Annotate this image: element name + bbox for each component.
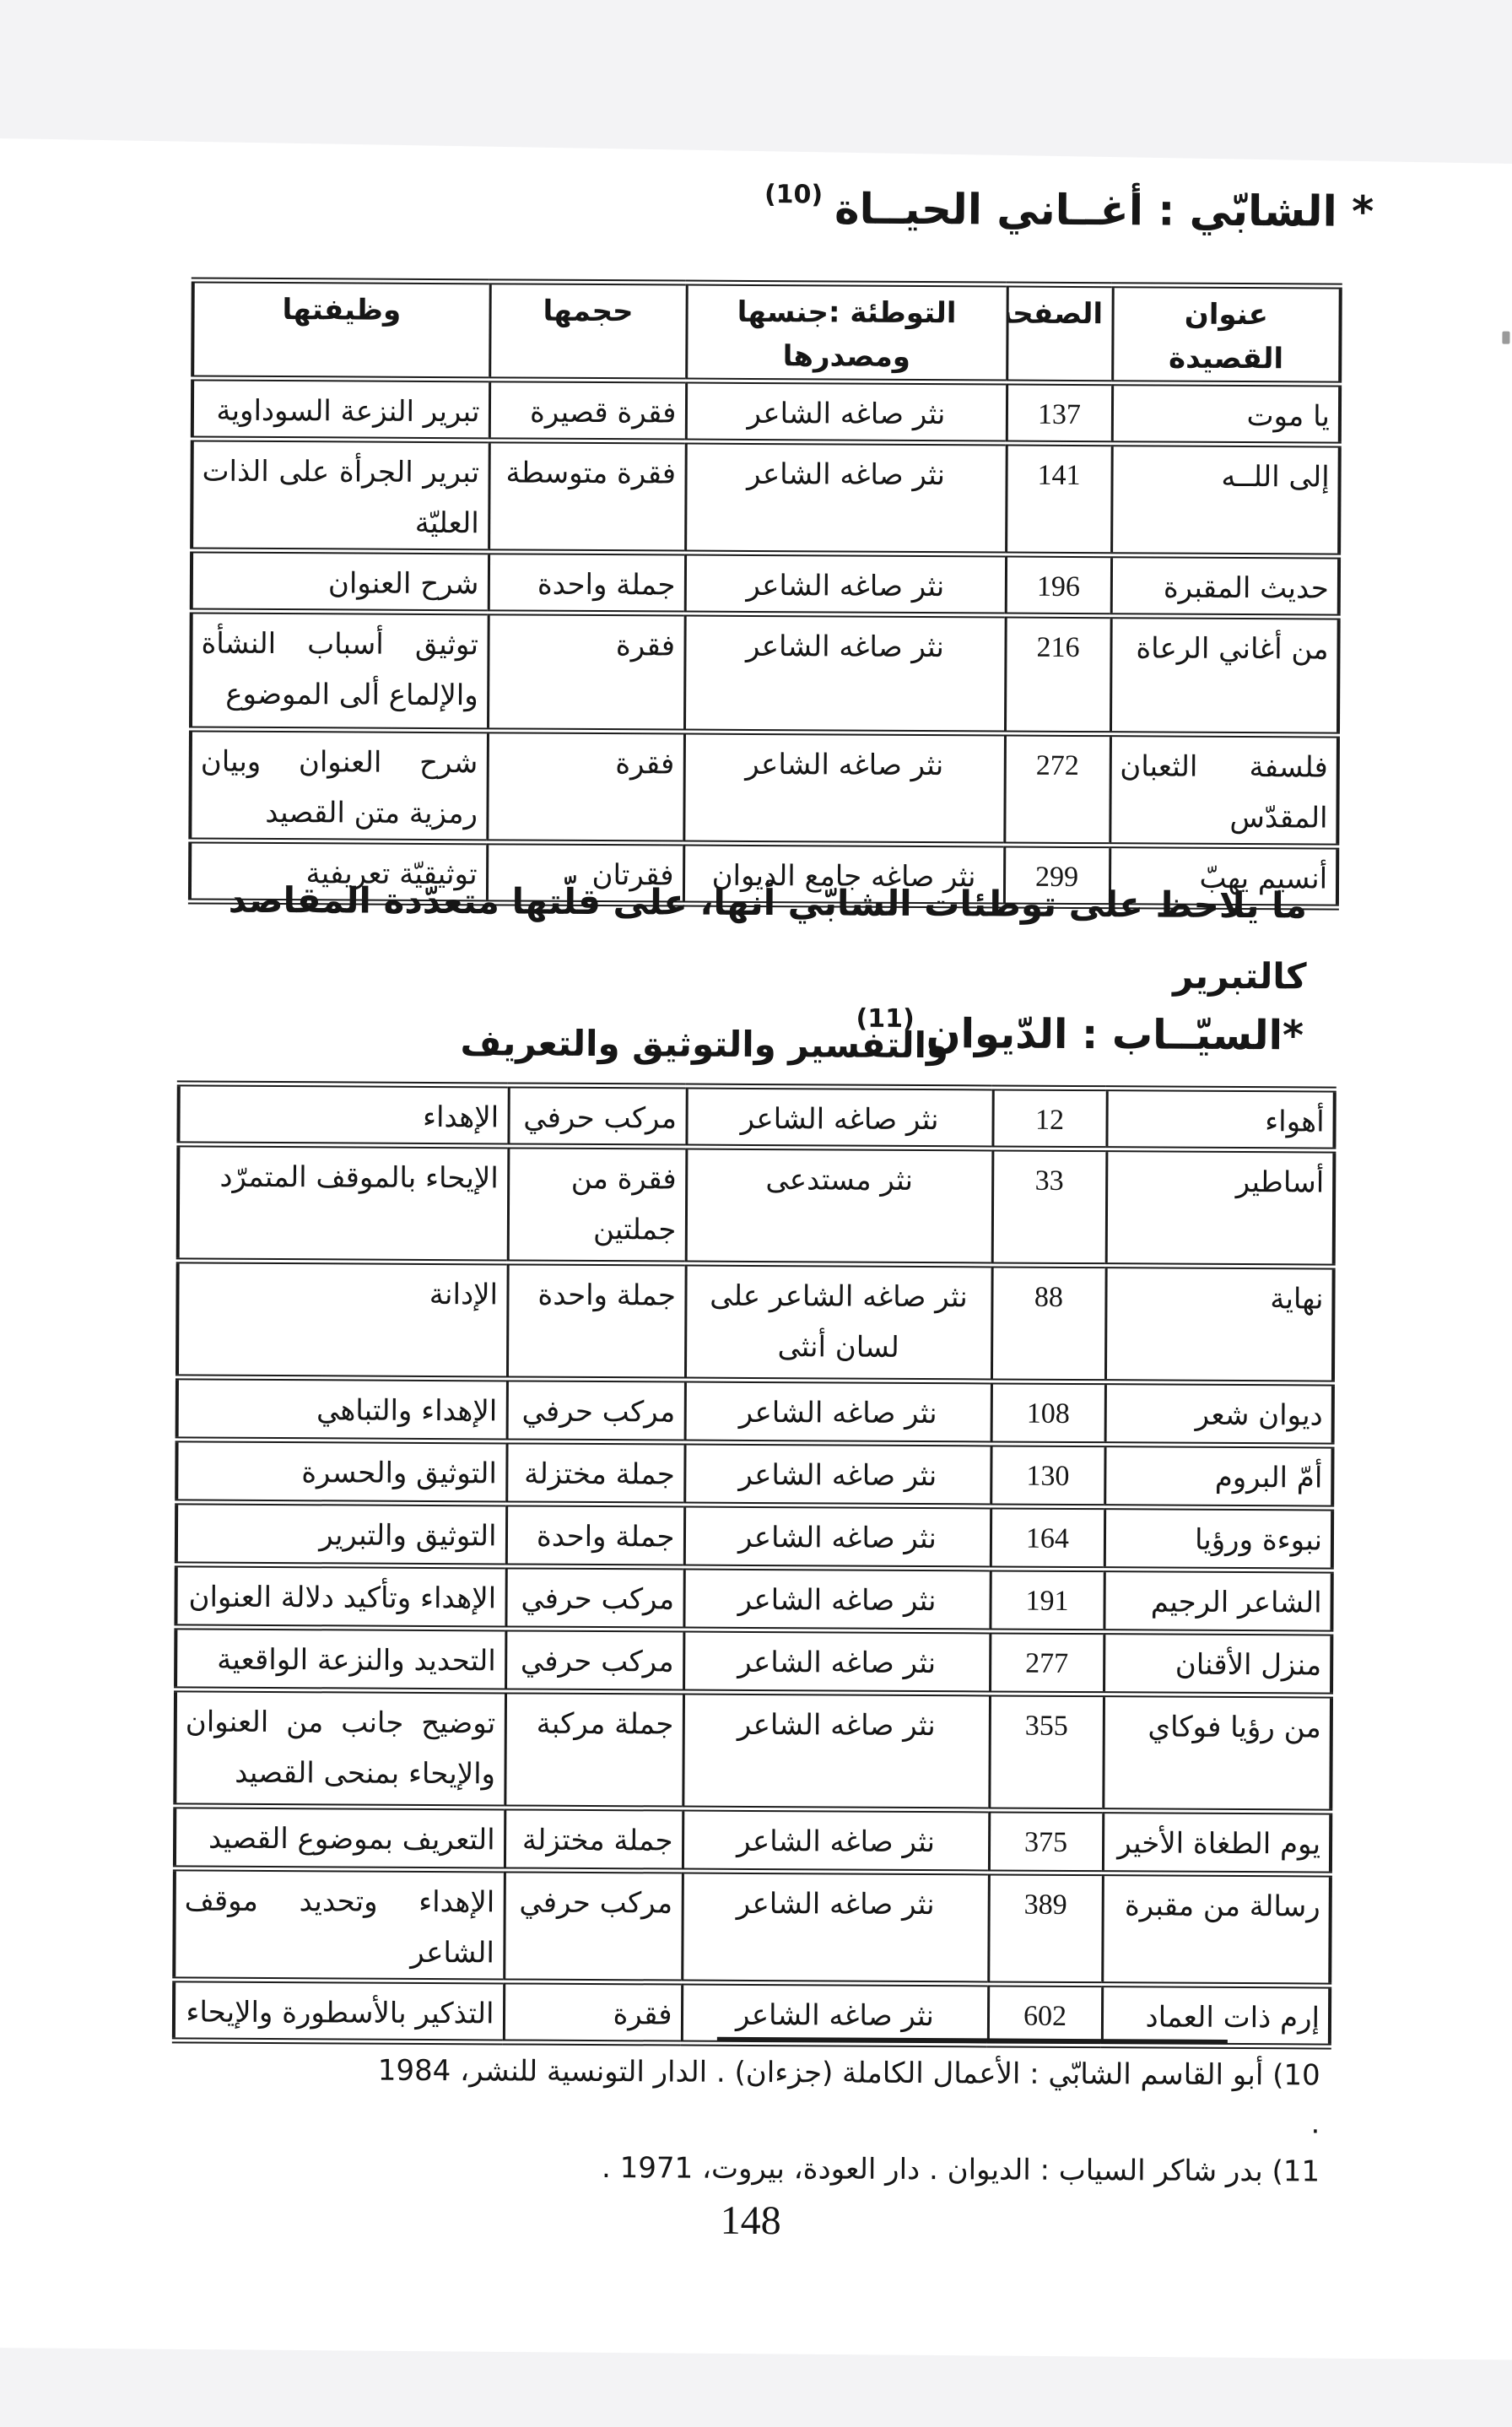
header-size: حجمها — [489, 282, 687, 381]
page-cell: 272 — [1004, 733, 1110, 846]
table-row: يوم الطغاة الأخير 375 نثر صاغه الشاعر جم… — [175, 1806, 1331, 1874]
page-cell: 33 — [992, 1149, 1107, 1266]
poem-title-cell: من رؤيا فوكاي — [1103, 1695, 1331, 1812]
size-cell: مركب حرفي — [504, 1870, 683, 1982]
intro-cell: نثر مستدعى — [686, 1147, 993, 1265]
size-cell: جملة مختزلة — [505, 1808, 683, 1871]
function-cell: الإهداء والتباهي — [177, 1377, 507, 1441]
function-cell: الإدانة — [177, 1261, 508, 1379]
page-cell: 141 — [1006, 443, 1112, 555]
poem-title-cell: من أغاني الرعاة — [1110, 616, 1339, 735]
poem-title-cell: أساطير — [1106, 1149, 1335, 1267]
page-cell: 355 — [989, 1694, 1104, 1811]
function-cell: الإيحاء بالموقف المتمرّد — [178, 1144, 509, 1262]
table-row: نهاية 88 نثر صاغه الشاعر على لسان أنثى ج… — [177, 1261, 1334, 1383]
function-cell: توثيق أسباب النشأة والإلماع ألى الموضوع — [191, 611, 489, 731]
page-cell: 277 — [990, 1631, 1104, 1695]
function-cell: شرح العنوان وبيان رمزية متن القصيد — [190, 729, 488, 842]
size-cell: جملة واحدة — [506, 1504, 684, 1567]
poem-title-cell: نبوءة ورؤيا — [1104, 1507, 1332, 1570]
function-cell: الإهداء وتحديد موقف الشاعر — [174, 1868, 505, 1981]
table-row: من رؤيا فوكاي 355 نثر صاغه الشاعر جملة م… — [175, 1689, 1331, 1812]
intro-cell: نثر صاغه الشاعر — [682, 1982, 988, 2045]
size-cell: فقرة — [487, 731, 684, 843]
function-cell: تبرير النزعة السوداوية — [192, 378, 489, 441]
footnote-ref-10: (10) — [764, 180, 823, 209]
intro-cell: نثر صاغه الشاعر — [682, 1871, 989, 1984]
size-cell: مركب حرفي — [505, 1629, 683, 1692]
size-cell: فقرة من جملتين — [508, 1146, 687, 1263]
function-cell: توضيح جانب من العنوان والإيحاء بمنحى الق… — [175, 1689, 505, 1808]
size-cell: جملة مركبة — [505, 1691, 683, 1808]
table-row: فلسفة الثعبان المقدّس 272 نثر صاغه الشاع… — [190, 729, 1338, 846]
section-title-sayyab-text: *السيّــاب : الدّيوان — [926, 1010, 1304, 1059]
page-content: * الشابّي : أغــاني الحيــاة(10) عنوان ا… — [0, 0, 1512, 2427]
poem-title-cell: أمّ البروم — [1104, 1445, 1332, 1508]
page-cell: 164 — [991, 1506, 1104, 1570]
function-cell: تبرير الجرأة على الذات العليّة — [192, 439, 489, 552]
page-number: 148 — [0, 2193, 1507, 2247]
section-title-shabbi: * الشابّي : أغــاني الحيــاة(10) — [764, 184, 1374, 236]
table-row: من أغاني الرعاة 216 نثر صاغه الشاعر فقرة… — [191, 611, 1339, 735]
table-row: إلى اللــه 141 نثر صاغه الشاعر فقرة متوس… — [192, 439, 1340, 556]
page-cell: 602 — [988, 1984, 1102, 2046]
intro-cell: نثر صاغه الشاعر — [686, 381, 1007, 443]
function-cell: الإهداء وتأكيد دلالة العنوان — [175, 1565, 505, 1629]
shabbi-table: عنوان القصيدة الصفحة التوطئة :جنسها ومصد… — [188, 277, 1342, 910]
function-cell: التوثيق والحسرة — [176, 1440, 506, 1504]
intro-cell: نثر صاغه الشاعر — [686, 1086, 992, 1149]
table-row: أساطير 33 نثر مستدعى فقرة من جملتين الإي… — [178, 1144, 1335, 1267]
page-cell: 130 — [991, 1444, 1104, 1507]
table-row: نبوءة ورؤيا 164 نثر صاغه الشاعر جملة واح… — [176, 1502, 1332, 1570]
function-cell: التذكير بالأسطورة والإيحاء — [174, 1980, 504, 2042]
function-cell: التوثيق والتبرير — [176, 1502, 506, 1566]
intro-cell: نثر صاغه الشاعر على لسان أنثى — [685, 1263, 992, 1381]
intro-cell: نثر صاغه الشاعر — [683, 1692, 990, 1810]
size-cell: جملة مختزلة — [506, 1441, 684, 1505]
page-cell: 108 — [991, 1381, 1105, 1445]
intro-cell: نثر صاغه الشاعر — [685, 553, 1006, 615]
intro-cell: نثر صاغه الشاعر — [685, 441, 1007, 554]
table-row: يا موت 137 نثر صاغه الشاعر فقرة قصيرة تب… — [192, 378, 1340, 445]
poem-title-cell: فلسفة الثعبان المقدّس — [1110, 734, 1338, 846]
function-cell: شرح العنوان — [192, 550, 489, 613]
poem-title-cell: ديوان شعر — [1105, 1382, 1333, 1446]
size-cell: مركب حرفي — [507, 1379, 685, 1442]
table-row: الشاعر الرجيم 191 نثر صاغه الشاعر مركب ح… — [175, 1565, 1331, 1633]
size-cell: جملة واحدة — [507, 1262, 686, 1380]
size-cell: فقرة — [504, 1981, 682, 2043]
poem-title-cell: رسالة من مقبرة — [1102, 1873, 1331, 1986]
function-cell: التحديد والنزعة الواقعية — [175, 1627, 505, 1691]
poem-title-cell: يوم الطغاة الأخير — [1103, 1811, 1331, 1874]
footnote-11: 11) بدر شاكر السياب : الديوان . دار العو… — [366, 2143, 1320, 2197]
header-page: الصفحة — [1007, 284, 1113, 383]
page-cell: 88 — [991, 1265, 1106, 1382]
table-row: حديث المقبرة 196 نثر صاغه الشاعر جملة وا… — [192, 550, 1339, 617]
table-row: منزل الأقنان 277 نثر صاغه الشاعر مركب حر… — [175, 1627, 1331, 1695]
poem-title-cell: الشاعر الرجيم — [1104, 1570, 1331, 1633]
size-cell: مركب حرفي — [508, 1085, 686, 1147]
table-row: ديوان شعر 108 نثر صاغه الشاعر مركب حرفي … — [177, 1377, 1333, 1446]
section-title-shabbi-text: * الشابّي : أغــاني الحيــاة — [834, 184, 1374, 235]
poem-title-cell: إلى اللــه — [1111, 444, 1340, 556]
intro-cell: نثر صاغه الشاعر — [683, 1630, 990, 1694]
function-cell: التعريف بموضوع القصيد — [175, 1806, 505, 1870]
page-cell: 389 — [988, 1873, 1103, 1985]
poem-title-cell: أهواء — [1106, 1089, 1334, 1150]
poem-title-cell: حديث المقبرة — [1111, 555, 1339, 617]
size-cell: جملة واحدة — [489, 552, 685, 614]
footnote-10: 10) أبو القاسم الشابّي : الأعمال الكاملة… — [366, 2047, 1320, 2149]
footnotes-block: 10) أبو القاسم الشابّي : الأعمال الكاملة… — [366, 2047, 1320, 2197]
table-row: أمّ البروم 130 نثر صاغه الشاعر جملة مختز… — [176, 1440, 1332, 1508]
intro-cell: نثر صاغه الشاعر — [684, 1505, 991, 1569]
intro-cell: نثر صاغه الشاعر — [683, 1567, 990, 1631]
size-cell: فقرة — [488, 613, 685, 732]
header-function: وظيفتها — [192, 280, 490, 380]
poem-title-cell: يا موت — [1112, 383, 1340, 445]
intro-cell: نثر صاغه الشاعر — [685, 1380, 991, 1444]
section-title-sayyab: *السيّــاب : الدّيوان(11) — [856, 1010, 1304, 1060]
document-page: * الشابّي : أغــاني الحيــاة(10) عنوان ا… — [0, 0, 1512, 2427]
scan-artifact — [1502, 332, 1509, 344]
table-row: رسالة من مقبرة 389 نثر صاغه الشاعر مركب … — [174, 1868, 1331, 1986]
commentary-line-1: ما يلاحظ على توطئات الشابّي أنها، على قل… — [191, 864, 1339, 1012]
intro-cell: نثر صاغه الشاعر — [683, 1808, 989, 1873]
page-cell: 196 — [1006, 554, 1111, 616]
page-cell: 375 — [989, 1810, 1103, 1873]
size-cell: فقرة قصيرة — [489, 380, 686, 441]
intro-cell: نثر صاغه الشاعر — [684, 614, 1006, 733]
poem-title-cell: إرم ذات العماد — [1102, 1985, 1330, 2046]
intro-cell: نثر صاغه الشاعر — [683, 732, 1005, 845]
page-cell: 12 — [992, 1088, 1106, 1149]
page-cell: 137 — [1007, 382, 1112, 444]
size-cell: مركب حرفي — [505, 1566, 683, 1630]
poem-title-cell: نهاية — [1105, 1266, 1334, 1383]
size-cell: فقرة متوسطة — [489, 441, 686, 553]
footnote-ref-11: (11) — [856, 1004, 914, 1034]
page-cell: 191 — [990, 1569, 1104, 1632]
function-cell: الإهداء — [178, 1084, 508, 1146]
poem-title-cell: منزل الأقنان — [1104, 1632, 1331, 1695]
header-row: عنوان القصيدة الصفحة التوطئة :جنسها ومصد… — [192, 280, 1341, 384]
header-poem-title: عنوان القصيدة — [1112, 285, 1341, 384]
page-cell: 216 — [1005, 615, 1111, 734]
intro-cell: نثر صاغه الشاعر — [684, 1442, 991, 1506]
sayyab-table: أهواء 12 نثر صاغه الشاعر مركب حرفي الإهد… — [172, 1080, 1336, 2049]
table-row: أهواء 12 نثر صاغه الشاعر مركب حرفي الإهد… — [178, 1084, 1334, 1150]
header-intro: التوطئة :جنسها ومصدرها — [686, 283, 1007, 382]
